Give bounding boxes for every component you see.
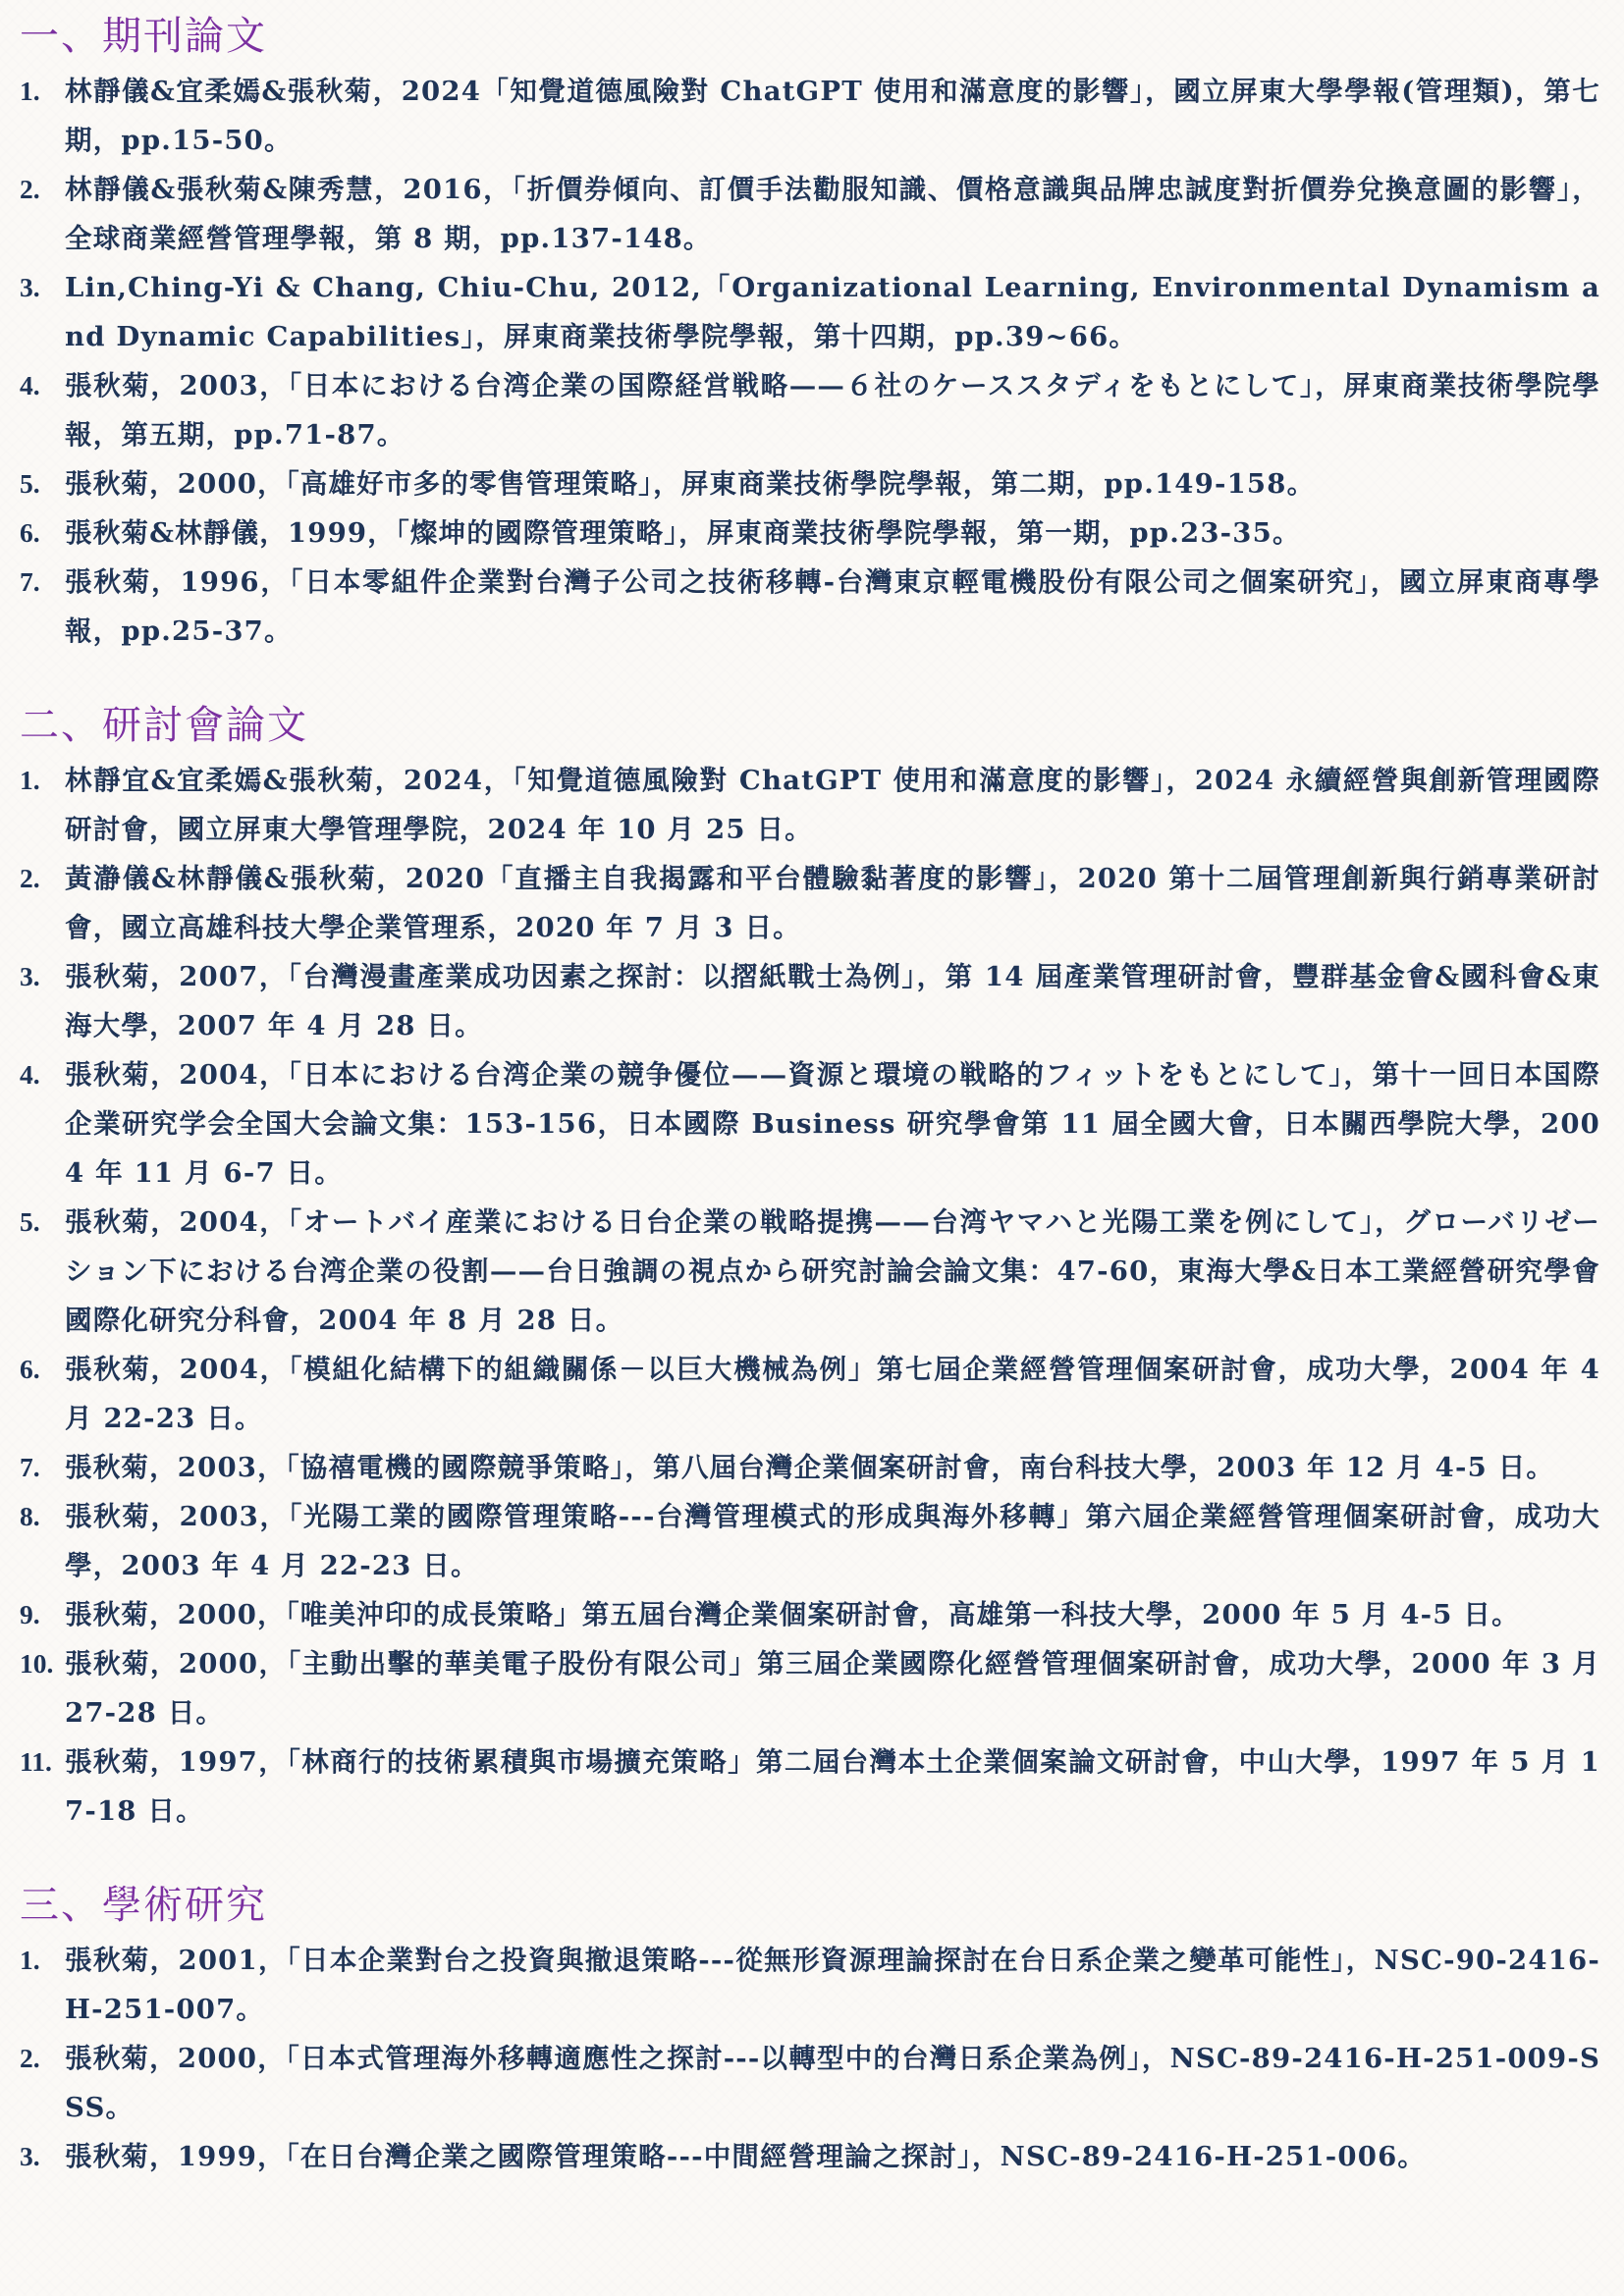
item-number: 1.	[20, 67, 40, 116]
list-item: 3.張秋菊，1999，「在日台灣企業之國際管理策略---中間經營理論之探討」，N…	[20, 2132, 1600, 2181]
citation-text: 張秋菊，2004，「日本における台湾企業の競争優位——資源と環境の戦略的フィット…	[65, 1050, 1600, 1198]
item-number: 3.	[20, 952, 40, 1001]
research-project-list: 1.張秋菊，2001，「日本企業對台之投資與撤退策略---從無形資源理論探討在台…	[20, 1936, 1600, 2181]
list-item: 4.張秋菊，2004，「日本における台湾企業の競争優位——資源と環境の戦略的フィ…	[20, 1050, 1600, 1198]
list-item: 10.張秋菊，2000，「主動出擊的華美電子股份有限公司」第三屆企業國際化經營管…	[20, 1639, 1600, 1737]
item-number: 8.	[20, 1492, 40, 1541]
citation-text: 張秋菊，2000，「主動出擊的華美電子股份有限公司」第三屆企業國際化經營管理個案…	[65, 1639, 1600, 1737]
document-page: 一、期刊論文 1.林靜儀&宜柔嫣&張秋菊，2024「知覺道德風險對 ChatGP…	[0, 0, 1624, 2181]
citation-text: 張秋菊，2003，「光陽工業的國際管理策略---台灣管理模式的形成與海外移轉」第…	[65, 1492, 1600, 1590]
list-item: 2.黃瀞儀&林靜儀&張秋菊，2020「直播主自我揭露和平台體驗黏著度的影響」，2…	[20, 854, 1600, 952]
citation-text: 張秋菊，1999，「在日台灣企業之國際管理策略---中間經營理論之探討」，NSC…	[65, 2132, 1600, 2181]
citation-text: 張秋菊，2004，「オートバイ産業における日台企業の戦略提携——台湾ヤマハと光陽…	[65, 1198, 1600, 1345]
citation-text: 林靜宜&宜柔嫣&張秋菊，2024，「知覺道德風險對 ChatGPT 使用和滿意度…	[65, 756, 1600, 854]
citation-text: Lin,Ching-Yi & Chang, Chiu-Chu, 2012,「Or…	[65, 263, 1600, 361]
citation-text: 張秋菊，2001，「日本企業對台之投資與撤退策略---從無形資源理論探討在台日系…	[65, 1936, 1600, 2034]
list-item: 1.林靜儀&宜柔嫣&張秋菊，2024「知覺道德風險對 ChatGPT 使用和滿意…	[20, 67, 1600, 165]
list-item: 2.林靜儀&張秋菊&陳秀慧，2016，「折價券傾向、訂價手法勸服知識、價格意識與…	[20, 165, 1600, 263]
list-item: 2.張秋菊，2000，「日本式管理海外移轉適應性之探討---以轉型中的台灣日系企…	[20, 2034, 1600, 2132]
citation-text: 張秋菊，2000，「日本式管理海外移轉適應性之探討---以轉型中的台灣日系企業為…	[65, 2034, 1600, 2132]
item-number: 9.	[20, 1590, 40, 1639]
citation-text: 林靜儀&張秋菊&陳秀慧，2016，「折價券傾向、訂價手法勸服知識、價格意識與品牌…	[65, 165, 1600, 263]
section-academic-research: 三、學術研究 1.張秋菊，2001，「日本企業對台之投資與撤退策略---從無形資…	[20, 1875, 1600, 2181]
journal-paper-list: 1.林靜儀&宜柔嫣&張秋菊，2024「知覺道德風險對 ChatGPT 使用和滿意…	[20, 67, 1600, 656]
list-item: 1.林靜宜&宜柔嫣&張秋菊，2024，「知覺道德風險對 ChatGPT 使用和滿…	[20, 756, 1600, 854]
section-conference-papers: 二、研討會論文 1.林靜宜&宜柔嫣&張秋菊，2024，「知覺道德風險對 Chat…	[20, 695, 1600, 1836]
item-number: 2.	[20, 854, 40, 903]
item-number: 1.	[20, 1936, 40, 1985]
list-item: 1.張秋菊，2001，「日本企業對台之投資與撤退策略---從無形資源理論探討在台…	[20, 1936, 1600, 2034]
list-item: 5.張秋菊，2004，「オートバイ産業における日台企業の戦略提携——台湾ヤマハと…	[20, 1198, 1600, 1345]
list-item: 11.張秋菊，1997，「林商行的技術累積與市場擴充策略」第二屆台灣本土企業個案…	[20, 1737, 1600, 1836]
item-number: 7.	[20, 1443, 40, 1492]
item-number: 6.	[20, 1345, 40, 1394]
list-item: 4.張秋菊，2003，「日本における台湾企業の国際経営戦略——６社のケーススタデ…	[20, 361, 1600, 459]
citation-text: 張秋菊&林靜儀，1999，「燦坤的國際管理策略」，屏東商業技術學院學報，第一期，…	[65, 508, 1600, 558]
list-item: 8.張秋菊，2003，「光陽工業的國際管理策略---台灣管理模式的形成與海外移轉…	[20, 1492, 1600, 1590]
section-title: 三、學術研究	[20, 1875, 1600, 1936]
item-number: 1.	[20, 756, 40, 805]
citation-text: 張秋菊，2003，「日本における台湾企業の国際経営戦略——６社のケーススタディを…	[65, 361, 1600, 459]
item-number: 3.	[20, 263, 40, 312]
item-number: 7.	[20, 558, 40, 607]
citation-text: 黃瀞儀&林靜儀&張秋菊，2020「直播主自我揭露和平台體驗黏著度的影響」，202…	[65, 854, 1600, 952]
section-title: 一、期刊論文	[20, 6, 1600, 67]
list-item: 7.張秋菊，2003，「協禧電機的國際競爭策略」，第八屆台灣企業個案研討會，南台…	[20, 1443, 1600, 1492]
item-number: 4.	[20, 1050, 40, 1099]
item-number: 6.	[20, 508, 40, 558]
item-number: 5.	[20, 1198, 40, 1247]
item-number: 2.	[20, 165, 40, 214]
item-number: 4.	[20, 361, 40, 410]
list-item: 6.張秋菊，2004，「模組化結構下的組織關係－以巨大機械為例」第七屆企業經營管…	[20, 1345, 1600, 1443]
citation-text: 張秋菊，2003，「協禧電機的國際競爭策略」，第八屆台灣企業個案研討會，南台科技…	[65, 1443, 1600, 1492]
list-item: 6.張秋菊&林靜儀，1999，「燦坤的國際管理策略」，屏東商業技術學院學報，第一…	[20, 508, 1600, 558]
conference-paper-list: 1.林靜宜&宜柔嫣&張秋菊，2024，「知覺道德風險對 ChatGPT 使用和滿…	[20, 756, 1600, 1836]
list-item: 9.張秋菊，2000，「唯美沖印的成長策略」第五屆台灣企業個案研討會，高雄第一科…	[20, 1590, 1600, 1639]
citation-text: 林靜儀&宜柔嫣&張秋菊，2024「知覺道德風險對 ChatGPT 使用和滿意度的…	[65, 67, 1600, 165]
item-number: 2.	[20, 2034, 40, 2083]
item-number: 3.	[20, 2132, 40, 2181]
list-item: 3.Lin,Ching-Yi & Chang, Chiu-Chu, 2012,「…	[20, 263, 1600, 361]
list-item: 5.張秋菊，2000，「高雄好市多的零售管理策略」，屏東商業技術學院學報，第二期…	[20, 459, 1600, 508]
item-number: 11.	[20, 1737, 52, 1787]
list-item: 7.張秋菊，1996，「日本零組件企業對台灣子公司之技術移轉-台灣東京輕電機股份…	[20, 558, 1600, 656]
section-journal-papers: 一、期刊論文 1.林靜儀&宜柔嫣&張秋菊，2024「知覺道德風險對 ChatGP…	[20, 6, 1600, 656]
section-title: 二、研討會論文	[20, 695, 1600, 756]
citation-text: 張秋菊，2000，「高雄好市多的零售管理策略」，屏東商業技術學院學報，第二期，p…	[65, 459, 1600, 508]
item-number: 5.	[20, 459, 40, 508]
list-item: 3.張秋菊，2007，「台灣漫畫產業成功因素之探討：以摺紙戰士為例」，第 14 …	[20, 952, 1600, 1050]
citation-text: 張秋菊，1997，「林商行的技術累積與市場擴充策略」第二屆台灣本土企業個案論文研…	[65, 1737, 1600, 1836]
citation-text: 張秋菊，2000，「唯美沖印的成長策略」第五屆台灣企業個案研討會，高雄第一科技大…	[65, 1590, 1600, 1639]
citation-text: 張秋菊，2004，「模組化結構下的組織關係－以巨大機械為例」第七屆企業經營管理個…	[65, 1345, 1600, 1443]
citation-text: 張秋菊，1996，「日本零組件企業對台灣子公司之技術移轉-台灣東京輕電機股份有限…	[65, 558, 1600, 656]
item-number: 10.	[20, 1639, 53, 1688]
citation-text: 張秋菊，2007，「台灣漫畫產業成功因素之探討：以摺紙戰士為例」，第 14 屆產…	[65, 952, 1600, 1050]
